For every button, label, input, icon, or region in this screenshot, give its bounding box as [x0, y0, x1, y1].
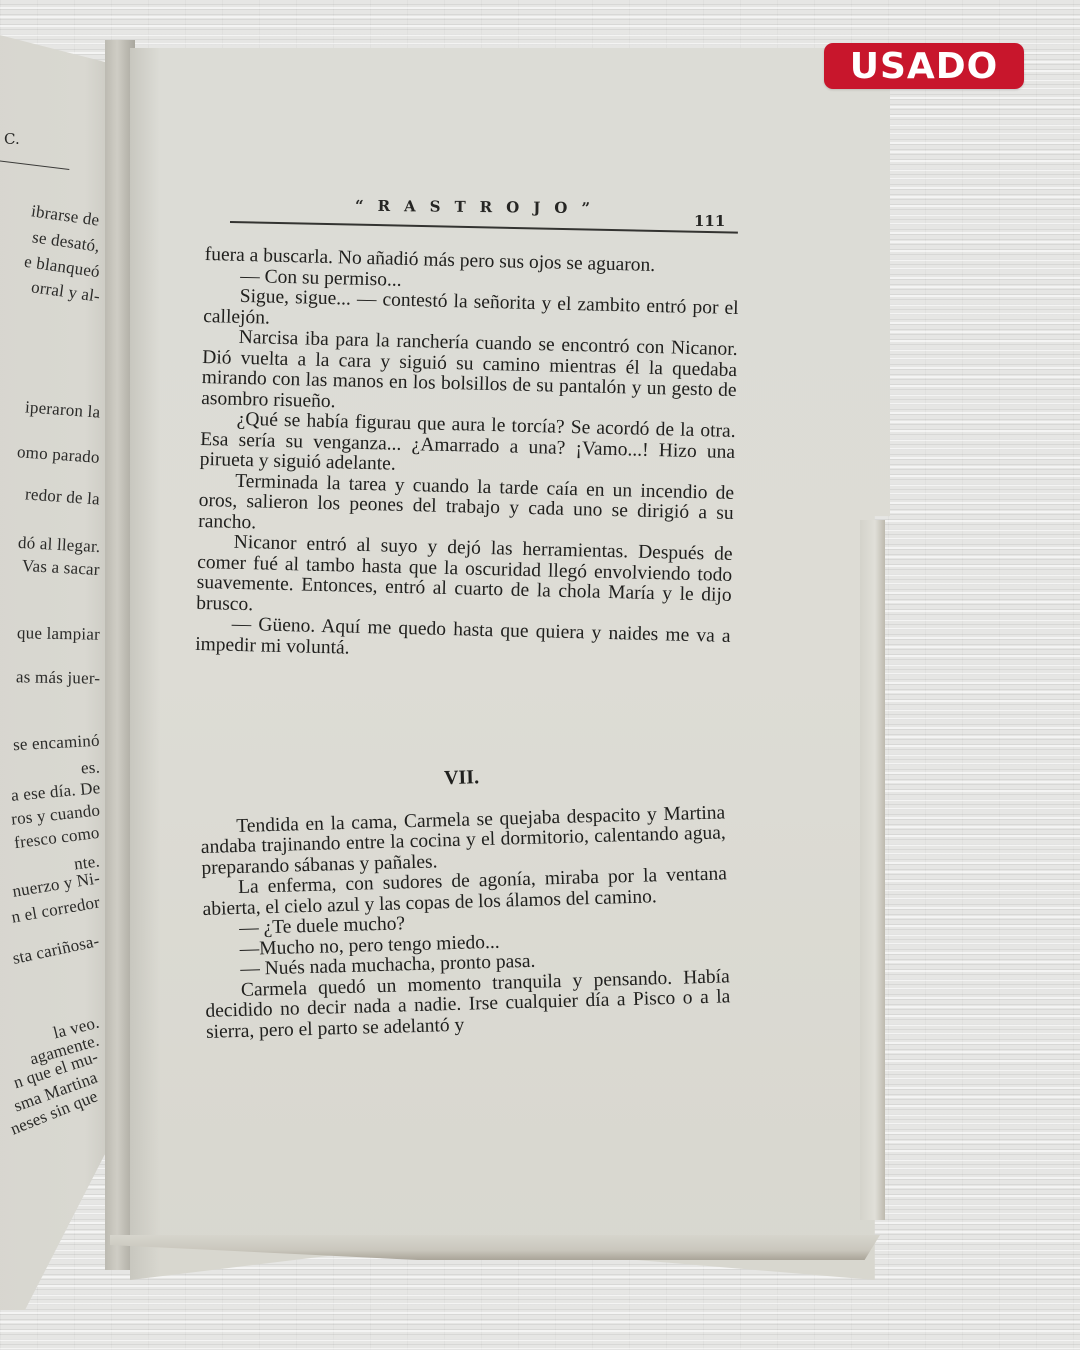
left-page-line: redor de la: [25, 484, 101, 509]
left-page-line: que lampiar: [17, 623, 100, 644]
page-edges: [860, 520, 885, 1220]
body-text-top: fuera a buscarla. No añadió más pero sus…: [195, 245, 740, 668]
left-page-line: as más juer-: [16, 667, 101, 688]
badge-label: USADO: [850, 46, 999, 87]
page-number: 111: [694, 212, 725, 230]
right-page: [130, 48, 890, 1280]
left-page-running-head: C.: [4, 130, 20, 148]
left-page-line: orral y al-: [30, 277, 101, 306]
left-page-line: iperaron la: [24, 397, 101, 422]
left-page-line: omo parado: [17, 442, 101, 468]
left-page-line: se desató,: [31, 227, 101, 256]
used-condition-badge: USADO: [824, 43, 1024, 89]
left-page-line: ibrarse de: [30, 201, 101, 230]
book-photo: C. ibrarse dese desató,e blanqueóorral y…: [0, 0, 1080, 1350]
body-text-chapter-vii: VII.Tendida en la cama, Carmela se queja…: [200, 800, 731, 1043]
left-page-line: es.: [80, 758, 100, 779]
paragraph: Narcisa iba para la ranchería cuando se …: [201, 327, 738, 422]
left-page-line: se encaminó: [13, 731, 101, 756]
running-head-title: “RASTROJO”: [355, 197, 604, 218]
left-page-line: Vas a sacar: [22, 556, 101, 580]
left-page-line: sta cariñosa-: [11, 931, 101, 969]
left-page-line: dó al llegar.: [17, 533, 100, 557]
left-page-header-rule: [0, 158, 69, 170]
paragraph: Nicanor entró al suyo y dejó las herrami…: [196, 532, 733, 627]
